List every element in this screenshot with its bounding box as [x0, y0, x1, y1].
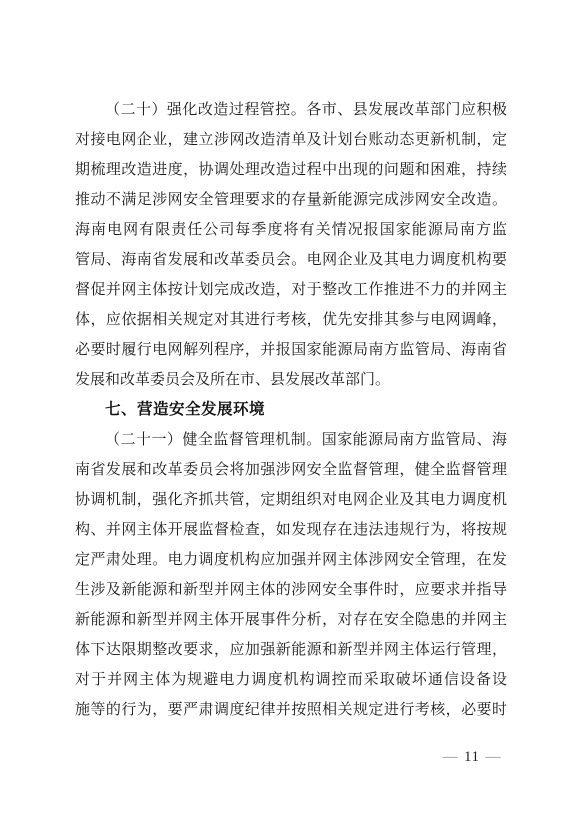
- paragraph-21-line: 协调机制，强化齐抓共管，定期组织对电网企业及其电力调度机: [75, 485, 507, 515]
- paragraph-21-line: （二十一）健全监督管理机制。国家能源局南方监管局、海: [75, 425, 507, 455]
- paragraph-21-line: 新能源和新型并网主体开展事件分析，对存在安全隐患的并网主: [75, 605, 507, 635]
- page-number: —11—: [437, 747, 507, 767]
- section-7-heading: 七、营造安全发展环境: [75, 395, 507, 425]
- page-number-value: 11: [464, 749, 479, 765]
- paragraph-20-line: 期梳理改造进度，协调处理改造过程中出现的问题和困难，持续: [75, 155, 507, 185]
- paragraph-21-line: 定严肃处理。电力调度机构应加强并网主体涉网安全管理，在发: [75, 545, 507, 575]
- paragraph-20-line: 管局、海南省发展和改革委员会。电网企业及其电力调度机构要: [75, 245, 507, 275]
- paragraph-20-line: 推动不满足涉网安全管理要求的存量新能源完成涉网安全改造。: [75, 185, 507, 215]
- paragraph-20-line: 对接电网企业，建立涉网改造清单及计划台账动态更新机制，定: [75, 125, 507, 155]
- paragraph-20-line: 体，应依据相关规定对其进行考核，优先安排其参与电网调峰，: [75, 305, 507, 335]
- paragraph-20-line: 海南电网有限责任公司每季度将有关情况报国家能源局南方监: [75, 215, 507, 245]
- page-number-dash-left: —: [443, 749, 459, 765]
- paragraph-21-line: 对于并网主体为规避电力调度机构调控而采取破坏通信设备设: [75, 665, 507, 695]
- document-page: （二十）强化改造过程管控。各市、县发展改革部门应积极 对接电网企业，建立涉网改造…: [0, 0, 580, 818]
- page-number-dash-right: —: [486, 749, 502, 765]
- paragraph-20-line: （二十）强化改造过程管控。各市、县发展改革部门应积极: [75, 95, 507, 125]
- paragraph-21-line: 南省发展和改革委员会将加强涉网安全监督管理，健全监督管理: [75, 455, 507, 485]
- paragraph-21-line: 生涉及新能源和新型并网主体的涉网安全事件时，应要求并指导: [75, 575, 507, 605]
- paragraph-20-line: 发展和改革委员会及所在市、县发展改革部门。: [75, 365, 507, 395]
- paragraph-21-line: 构、并网主体开展监督检查，如发现存在违法违规行为，将按规: [75, 515, 507, 545]
- paragraph-20-line: 必要时履行电网解列程序，并报国家能源局南方监管局、海南省: [75, 335, 507, 365]
- paragraph-21-line: 施等的行为，要严肃调度纪律并按照相关规定进行考核，必要时: [75, 695, 507, 725]
- paragraph-20-line: 督促并网主体按计划完成改造，对于整改工作推进不力的并网主: [75, 275, 507, 305]
- paragraph-21-line: 体下达限期整改要求，应加强新能源和新型并网主体运行管理，: [75, 635, 507, 665]
- document-body: （二十）强化改造过程管控。各市、县发展改革部门应积极 对接电网企业，建立涉网改造…: [75, 95, 507, 725]
